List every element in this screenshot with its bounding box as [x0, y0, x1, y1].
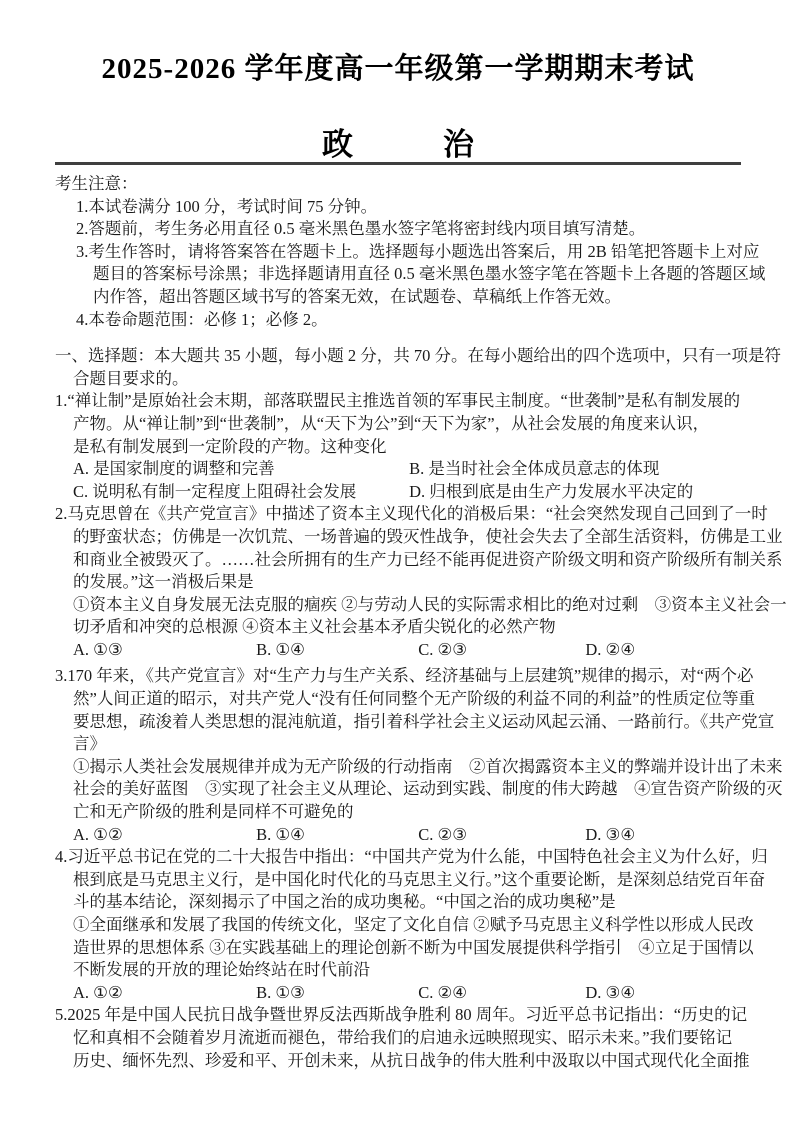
options-row: A. ①② B. ①④ C. ②③ D. ③④ [55, 824, 741, 847]
question-line: 5.2025 年是中国人民抗日战争暨世界反法西斯战争胜利 80 周年。习近平总书… [55, 1004, 741, 1027]
divider-rule [55, 162, 741, 165]
option-item: D. 归根到底是由生产力发展水平决定的 [409, 481, 693, 504]
option-item: D. ③④ [585, 824, 635, 847]
section-heading-line: 合题目要求的。 [55, 368, 741, 391]
question-line: 历史、缅怀先烈、珍爱和平、开创未来，从抗日战争的伟大胜利中汲取以中国式现代化全面… [55, 1050, 741, 1073]
subject-char-second: 治 [443, 128, 474, 162]
option-item: A. 是国家制度的调整和完善 [73, 458, 405, 481]
question-line: 是私有制发展到一定阶段的产物。这种变化 [55, 436, 741, 459]
option-item: C. ②③ [418, 639, 581, 662]
question-line: ①揭示人类社会发展规律并成为无产阶级的行动指南 ②首次揭露资本主义的弊端并设计出… [55, 756, 741, 779]
subject-title: 政 治 [55, 128, 741, 162]
question-line: ①资本主义自身发展无法克服的痼疾 ②与劳动人民的实际需求相比的绝对过剩 ③资本主… [55, 594, 741, 617]
question-line: 不断发展的开放的理论始终站在时代前沿 [55, 959, 741, 982]
options-row: A. 是国家制度的调整和完善 B. 是当时社会全体成员意志的体现 [55, 458, 741, 481]
question-line: 言》 [55, 733, 741, 756]
section-heading-line: 一、选择题：本大题共 35 小题，每小题 2 分，共 70 分。在每小题给出的四… [55, 345, 741, 368]
notice-heading: 考生注意： [55, 173, 741, 196]
question-line: 3.170 年来，《共产党宣言》对“生产力与生产关系、经济基础与上层建筑”规律的… [55, 665, 741, 688]
notice-line: 1.本试卷满分 100 分，考试时间 75 分钟。 [55, 196, 741, 219]
exam-paper-page: 2025-2026 学年度高一年级第一学期期末考试 政 治 考生注意： 1.本试… [0, 0, 793, 1121]
question-4: 4.习近平总书记在党的二十大报告中指出：“中国共产党为什么能，中国特色社会主义为… [55, 846, 741, 1004]
question-line: ①全面继承和发展了我国的传统文化，坚定了文化自信 ②赋予马克思主义科学性以形成人… [55, 914, 741, 937]
notice-line: 内作答，超出答题区域书写的答案无效，在试题卷、草稿纸上作答无效。 [55, 286, 741, 309]
question-line: 要思想，疏浚着人类思想的混沌航道，指引着科学社会主义运动风起云涌、一路前行。《共… [55, 711, 741, 734]
options-row: A. ①③ B. ①④ C. ②③ D. ②④ [55, 639, 741, 662]
question-line: 4.习近平总书记在党的二十大报告中指出：“中国共产党为什么能，中国特色社会主义为… [55, 846, 741, 869]
options-row: A. ①② B. ①③ C. ②④ D. ③④ [55, 982, 741, 1005]
option-item: D. ②④ [585, 639, 635, 662]
option-item: A. ①③ [73, 639, 252, 662]
option-item: C. ②④ [418, 982, 581, 1005]
option-item: C. ②③ [418, 824, 581, 847]
subject-char-first: 政 [322, 128, 353, 162]
exam-title: 2025-2026 学年度高一年级第一学期期末考试 [55, 52, 741, 86]
question-line: 1.“禅让制”是原始社会末期，部落联盟民主推选首领的军事民主制度。“世袭制”是私… [55, 390, 741, 413]
question-line: 造世界的思想体系 ③在实践基础上的理论创新不断为中国发展提供科学指引 ④立足于国… [55, 937, 741, 960]
question-line: 的发展。”这一消极后果是 [55, 571, 741, 594]
option-item: D. ③④ [585, 982, 635, 1005]
question-line: 2.马克思曾在《共产党宣言》中描述了资本主义现代化的消极后果：“社会突然发现自己… [55, 503, 741, 526]
options-row: C. 说明私有制一定程度上阻碍社会发展 D. 归根到底是由生产力发展水平决定的 [55, 481, 741, 504]
option-item: B. ①④ [256, 639, 414, 662]
question-line: 产物。从“禅让制”到“世袭制”，从“天下为公”到“天下为家”，从社会发展的角度来… [55, 413, 741, 436]
question-line: 切矛盾和冲突的总根源 ④资本主义社会基本矛盾尖锐化的必然产物 [55, 616, 741, 639]
option-item: A. ①② [73, 982, 252, 1005]
question-1: 1.“禅让制”是原始社会末期，部落联盟民主推选首领的军事民主制度。“世袭制”是私… [55, 390, 741, 503]
question-line: 忆和真相不会随着岁月流逝而褪色，带给我们的启迪永远映照现实、昭示未来。”我们要铭… [55, 1027, 741, 1050]
question-5: 5.2025 年是中国人民抗日战争暨世界反法西斯战争胜利 80 周年。习近平总书… [55, 1004, 741, 1072]
question-line: 的野蛮状态；仿佛是一次饥荒、一场普遍的毁灭性战争，使社会失去了全部生活资料，仿佛… [55, 526, 741, 549]
question-line: 和商业全被毁灭了。……社会所拥有的生产力已经不能再促进资产阶级文明和资产阶级所有… [55, 549, 741, 572]
notice-line: 2.答题前，考生务必用直径 0.5 毫米黑色墨水签字笔将密封线内项目填写清楚。 [55, 218, 741, 241]
question-line: 根到底是马克思主义行，是中国化时代化的马克思主义行。”这个重要论断，是深刻总结党… [55, 869, 741, 892]
section-heading: 一、选择题：本大题共 35 小题，每小题 2 分，共 70 分。在每小题给出的四… [55, 345, 741, 390]
option-item: B. ①④ [256, 824, 414, 847]
question-line: 斗的基本结论，深刻揭示了中国之治的成功奥秘。“中国之治的成功奥秘”是 [55, 891, 741, 914]
option-item: B. 是当时社会全体成员意志的体现 [409, 458, 659, 481]
question-line: 社会的美好蓝图 ③实现了社会主义从理论、运动到实践、制度的伟大跨越 ④宣告资产阶… [55, 778, 741, 801]
option-item: A. ①② [73, 824, 252, 847]
notice-line: 3.考生作答时，请将答案答在答题卡上。选择题每小题选出答案后，用 2B 铅笔把答… [55, 241, 741, 264]
notice-line: 4.本卷命题范围：必修 1；必修 2。 [55, 309, 741, 332]
question-line: 亡和无产阶级的胜利是同样不可避免的 [55, 801, 741, 824]
option-item: B. ①③ [256, 982, 414, 1005]
question-3: 3.170 年来，《共产党宣言》对“生产力与生产关系、经济基础与上层建筑”规律的… [55, 665, 741, 846]
notice-line: 题目的答案标号涂黑；非选择题请用直径 0.5 毫米黑色墨水签字笔在答题卡上各题的… [55, 263, 741, 286]
option-item: C. 说明私有制一定程度上阻碍社会发展 [73, 481, 405, 504]
question-line: 然”人间正道的昭示，对共产党人“没有任何同整个无产阶级的利益不同的利益”的性质定… [55, 688, 741, 711]
notice-section: 考生注意： 1.本试卷满分 100 分，考试时间 75 分钟。 2.答题前，考生… [55, 173, 741, 331]
question-2: 2.马克思曾在《共产党宣言》中描述了资本主义现代化的消极后果：“社会突然发现自己… [55, 503, 741, 661]
